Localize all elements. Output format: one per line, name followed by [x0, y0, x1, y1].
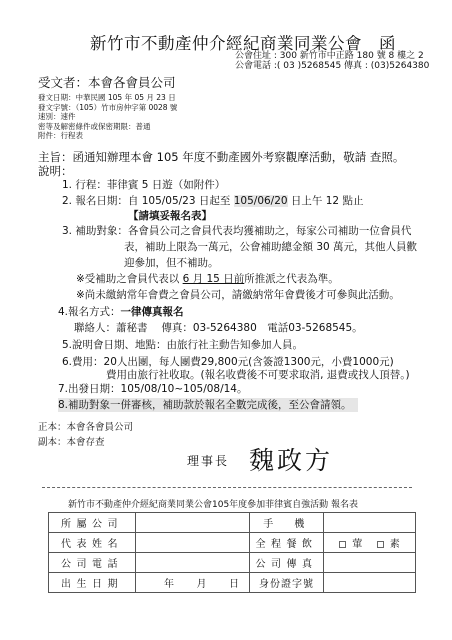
checkbox-icon[interactable]: [339, 541, 346, 548]
label-company-phone: 公司電話: [49, 553, 136, 573]
label-meals: 全程餐飲: [250, 533, 324, 553]
document-number: 發文字號：（105）竹市房仲字第 0028 號: [38, 103, 177, 113]
subject-block: 主旨：函通知辦理本會 105 年度不動產國外考察觀摩活動，敬請 查照。 說明：: [38, 150, 404, 178]
signature-title: 理事長: [187, 452, 229, 469]
item-2: 2. 報名日期：自 105/05/23 日起至 105/06/20 日上午 12…: [62, 194, 363, 208]
recipient: 受文者：本會各會員公司: [38, 73, 176, 91]
cc-copy: 副本：本會存查: [38, 434, 105, 448]
registration-form: 所屬公司 手 機 代表姓名 全程餐飲 葷 素 公司電話 公司傳真 出生日期 年 …: [48, 512, 416, 593]
rep-name-field[interactable]: [136, 533, 250, 553]
contact-info: 聯絡人：蕭秘書 傳真：03-5264380 電話03-5268545。: [74, 321, 363, 335]
label-company-fax: 公司傳真: [250, 553, 324, 573]
table-row: 代表姓名 全程餐飲 葷 素: [49, 533, 416, 553]
item-3-line-2: 表，補助上限為一萬元，公會補助總金額 30 萬元，其他人員歡: [124, 240, 417, 254]
note-2: ※尚未繳納常年會費之會員公司，請繳納常年會費後才可參與此活動。: [76, 288, 400, 302]
label-mobile: 手 機: [250, 513, 324, 533]
birth-date-field[interactable]: 年 月 日: [136, 573, 250, 593]
signature-name: 魏政方: [249, 441, 333, 477]
item-4: 4.報名方式：一律傳真報名: [58, 305, 184, 319]
confidentiality: 密等及解密條件或保密期限：普通: [38, 122, 177, 132]
table-row: 出生日期 年 月 日 身份證字號: [49, 573, 416, 593]
cut-line-divider: [42, 487, 412, 488]
label-birth-date: 出生日期: [49, 573, 136, 593]
explanation-label: 說明：: [38, 164, 404, 178]
mobile-field[interactable]: [324, 513, 416, 533]
issue-date: 發文日期：中華民國 105 年 05 月 23 日: [38, 93, 177, 103]
document-meta: 發文日期：中華民國 105 年 05 月 23 日 發文字號：（105）竹市房仲…: [38, 93, 177, 141]
meal-option-meat[interactable]: 葷: [339, 535, 362, 550]
association-contact: 公會住址 : 300 新竹市中正路 180 號 8 樓之 2 公會電話 :( 0…: [235, 51, 429, 71]
item-3-line-1: 3. 補助對象：各會員公司之會員代表均獲補助之，每家公司補助一位會員代: [62, 224, 411, 238]
item-3-line-3: 迎參加，但不補助。: [124, 256, 219, 270]
item-6-line-2: 費用由旅行社收取。(報名收費後不可要求取消, 退費或找人頂替。): [106, 368, 410, 382]
label-id-number: 身份證字號: [250, 573, 324, 593]
item-8: 8.補助對象一併審核，補助款於報名全數完成後，至公會請領。: [58, 398, 358, 412]
meal-options: 葷 素: [324, 533, 416, 553]
attachment: 附件：行程表: [38, 131, 177, 141]
urgency: 速別：速件: [38, 112, 177, 122]
item-7: 7.出發日期：105/08/10~105/08/14。: [58, 382, 248, 396]
id-number-field[interactable]: [324, 573, 416, 593]
deadline: 6 月 15 日前: [183, 273, 245, 285]
item-2-note: 【請填妥報名表】: [128, 209, 212, 223]
company-phone-field[interactable]: [136, 553, 250, 573]
note-1: ※受補助之會員代表以 6 月 15 日前所推派之代表為準。: [76, 272, 339, 286]
end-date: 105/06/20: [234, 195, 288, 207]
table-row: 所屬公司 手 機: [49, 513, 416, 533]
table-row: 公司電話 公司傳真: [49, 553, 416, 573]
item-1: 1. 行程：菲律賓 5 日遊（如附件）: [62, 178, 225, 192]
checkbox-icon[interactable]: [377, 541, 384, 548]
association-phone: 公會電話 :( 03 )5268545 傳真 : (03)5264380: [235, 61, 429, 71]
subject: 主旨：函通知辦理本會 105 年度不動產國外考察觀摩活動，敬請 查照。: [38, 150, 404, 164]
item-6-line-1: 6.費用：20人出團，每人團費29,800元(含簽證1300元，小費1000元): [62, 355, 394, 369]
label-company: 所屬公司: [49, 513, 136, 533]
form-title: 新竹市不動產仲介經紀商業同業公會105年度參加菲律賓自強活動 報名表: [68, 497, 358, 510]
label-rep-name: 代表姓名: [49, 533, 136, 553]
association-address: 公會住址 : 300 新竹市中正路 180 號 8 樓之 2: [235, 51, 429, 61]
start-date: 105/05/23: [142, 195, 196, 207]
company-field[interactable]: [136, 513, 250, 533]
item-5: 5.說明會日期、地點：由旅行社主動告知參加人員。: [62, 338, 303, 352]
company-fax-field[interactable]: [324, 553, 416, 573]
meal-option-vegetarian[interactable]: 素: [377, 535, 400, 550]
cc-original: 正本：本會各會員公司: [38, 419, 133, 433]
